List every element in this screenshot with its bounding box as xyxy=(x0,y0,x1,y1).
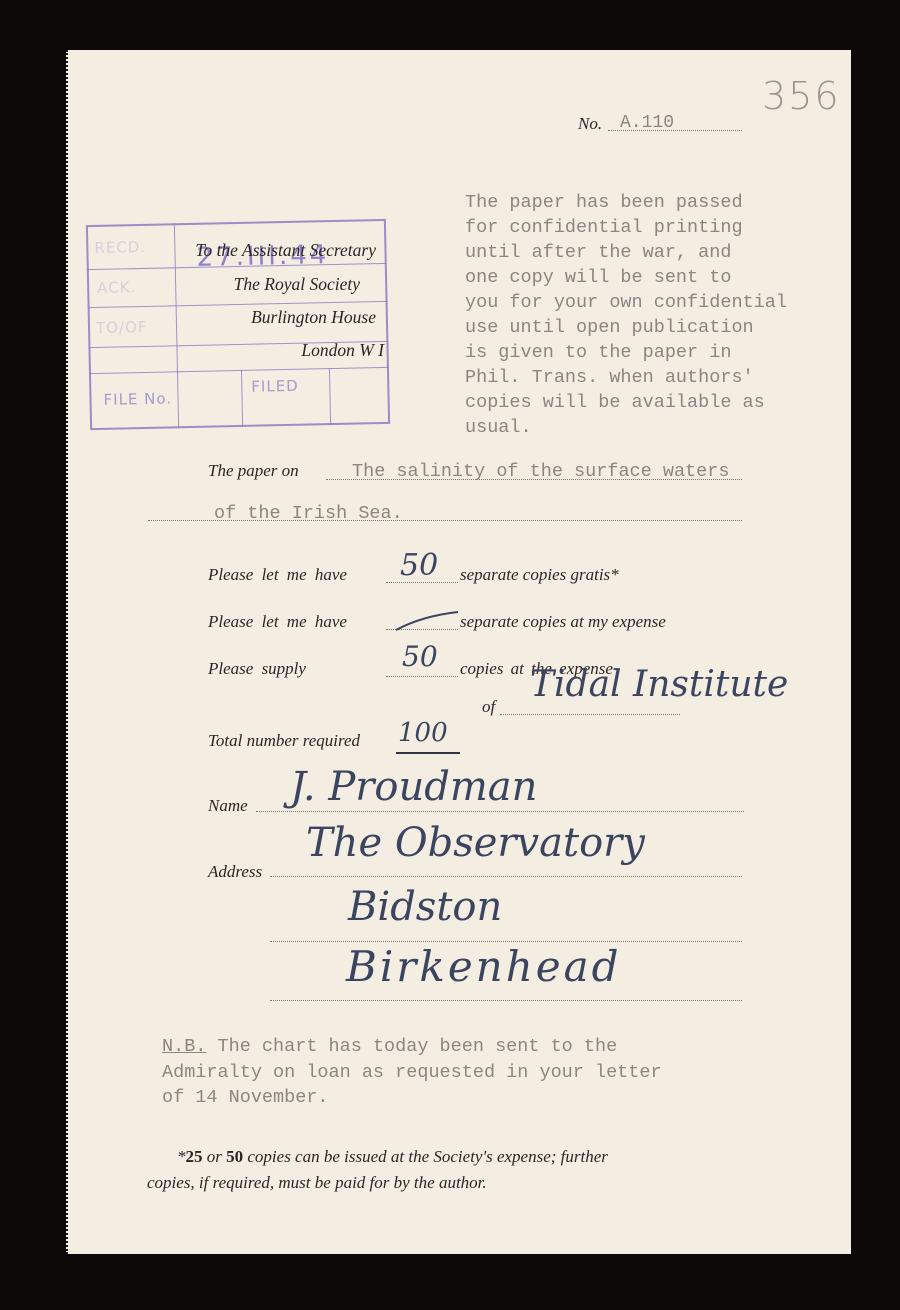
footnote-line-2: copies, if required, must be paid for by… xyxy=(147,1170,608,1196)
paper-title-label: The paper on xyxy=(208,461,299,481)
nb-line: N.B. The chart has today been sent to th… xyxy=(162,1034,662,1060)
name-field-line xyxy=(256,811,744,812)
own-expense-dash-mark xyxy=(392,608,462,634)
nb-note: N.B. The chart has today been sent to th… xyxy=(162,1034,662,1111)
reference-value: A.110 xyxy=(620,113,674,133)
notice-line: is given to the paper in xyxy=(465,340,787,365)
paper-title-line1: The salinity of the surface waters xyxy=(352,461,729,482)
gratis-prefix: Please let me have xyxy=(208,565,347,585)
nb-prefix: N.B. xyxy=(162,1036,206,1057)
recipient-line: The Royal Society xyxy=(234,274,360,295)
supply-of-value: Tidal Institute xyxy=(530,664,788,705)
name-label: Name xyxy=(208,796,248,816)
notice-line: you for your own confidential xyxy=(465,290,787,315)
gratis-copies-value: 50 xyxy=(400,548,438,583)
notice-line: The paper has been passed xyxy=(465,190,787,215)
address-field-line xyxy=(270,876,742,877)
paper-title-line2: of the Irish Sea. xyxy=(214,503,403,524)
nb-line: of 14 November. xyxy=(162,1085,662,1111)
confidential-notice: The paper has been passed for confidenti… xyxy=(465,190,787,440)
supply-field-line xyxy=(386,676,458,677)
footnote-text: copies can be issued at the Society's ex… xyxy=(243,1147,608,1166)
stamp-cell-recd: RECD. xyxy=(94,238,146,257)
notice-line: until after the war, and xyxy=(465,240,787,265)
recipient-line: Burlington House xyxy=(251,307,376,328)
supply-of-field-line xyxy=(500,714,680,715)
stamp-cell-ack: ACK. xyxy=(97,278,136,297)
notice-line: use until open publication xyxy=(465,315,787,340)
address-label: Address xyxy=(208,862,262,882)
total-underline xyxy=(396,752,460,754)
address-line-2: Bidston xyxy=(348,884,502,930)
total-label: Total number required xyxy=(208,731,360,751)
supply-copies-value: 50 xyxy=(402,640,438,673)
footnote-star: * xyxy=(177,1147,186,1166)
footnote-number-25: 25 xyxy=(186,1147,203,1166)
archive-number: 356 xyxy=(762,74,841,118)
notice-line: copies will be available as xyxy=(465,390,787,415)
supply-of-label: of xyxy=(482,697,495,717)
stamp-cell-filed: FILED xyxy=(251,377,299,396)
notice-line: Phil. Trans. when authors' xyxy=(465,365,787,390)
nb-text: The chart has today been sent to the xyxy=(206,1036,617,1057)
notice-line: one copy will be sent to xyxy=(465,265,787,290)
nb-line: Admiralty on loan as requested in your l… xyxy=(162,1060,662,1086)
recipient-line: To the Assistant Secretary xyxy=(195,240,376,261)
gratis-suffix: separate copies gratis* xyxy=(460,565,619,585)
address-line-1: The Observatory xyxy=(306,820,645,866)
total-value: 100 xyxy=(398,718,448,748)
footnote: *25 or 50 copies can be issued at the So… xyxy=(147,1144,608,1196)
own-expense-suffix: separate copies at my expense xyxy=(460,612,666,632)
own-expense-prefix: Please let me have xyxy=(208,612,347,632)
reference-label: No. xyxy=(578,114,602,134)
notice-line: usual. xyxy=(465,415,787,440)
address-field-line xyxy=(270,1000,742,1001)
recipient-address: To the Assistant Secretary The Royal Soc… xyxy=(140,240,376,370)
notice-line: for confidential printing xyxy=(465,215,787,240)
footnote-number-50: 50 xyxy=(226,1147,243,1166)
recipient-line: London W I xyxy=(301,340,384,361)
name-value: J. Proudman xyxy=(290,764,537,810)
footnote-or: or xyxy=(203,1147,227,1166)
address-line-3: Birkenhead xyxy=(346,942,622,991)
footnote-line-1: *25 or 50 copies can be issued at the So… xyxy=(147,1144,608,1170)
supply-prefix: Please supply xyxy=(208,659,306,679)
stamp-cell-file-no: FILE No. xyxy=(103,389,172,408)
